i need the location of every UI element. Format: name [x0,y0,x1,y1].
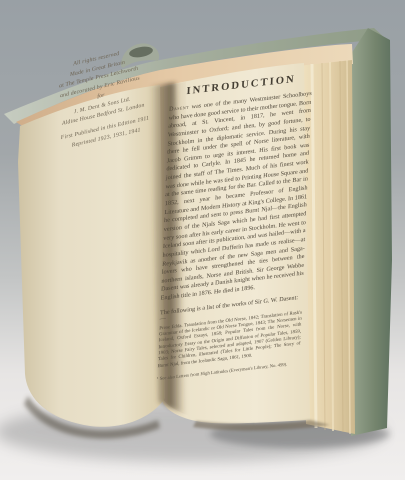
introduction-paragraph: Dasent was one of the many Westminster S… [160,90,311,303]
book-photo-scene: All rights reserved Made in Great Britai… [0,0,405,480]
paragraph-body-text: was one of the many Westminster Schoolbo… [161,91,312,302]
paragraph-lead-word: Dasent [169,105,189,113]
right-page-content: INTRODUCTION Dasent was one of the many … [157,72,313,381]
cover-back-board [351,28,392,436]
